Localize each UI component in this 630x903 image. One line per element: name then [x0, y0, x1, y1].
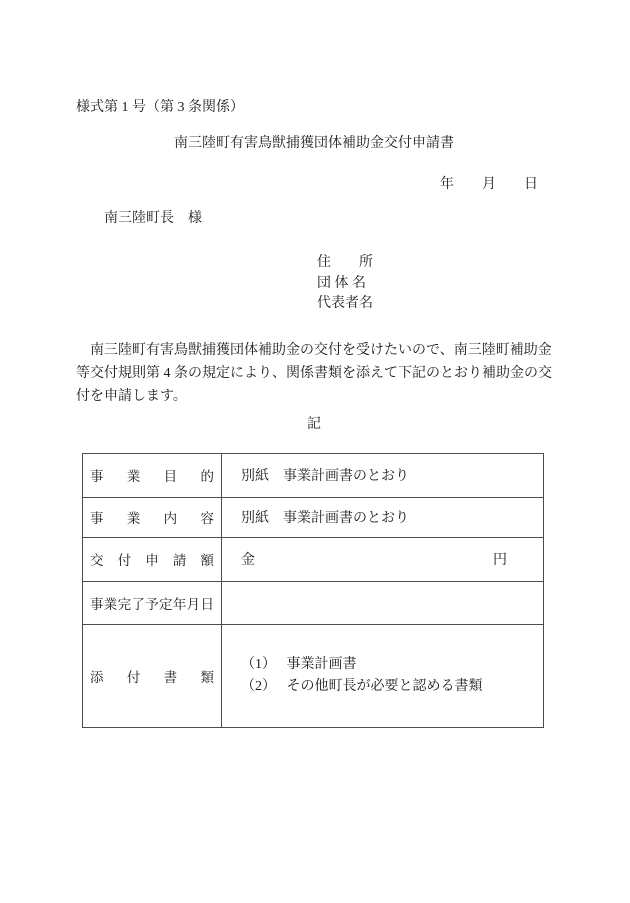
row-value-empty [222, 581, 544, 624]
date-line: 年 月 日 [76, 175, 552, 195]
row-value: 別紙 事業計画書のとおり [222, 453, 544, 497]
row-label: 事業完了予定年月日 [83, 581, 222, 624]
row-label: 事業目的 [83, 453, 222, 497]
attachments-cell: （1） 事業計画書 （2） その他町長が必要と認める書類 [222, 624, 544, 727]
amount-cell: 金 円 [222, 537, 544, 581]
row-label: 添付書類 [83, 624, 222, 727]
table-row-project-content: 事業内容 別紙 事業計画書のとおり [83, 497, 544, 537]
note-marker: 記 [76, 415, 552, 435]
applicant-address-label: 住 所 [317, 253, 552, 274]
body-line: 等交付規則第 4 条の規定により、関係書類を添えて下記のとおり補助金の交 [76, 362, 552, 385]
table-row-completion-date: 事業完了予定年月日 [83, 581, 544, 624]
attachment-item: （2） その他町長が必要と認める書類 [241, 676, 542, 698]
applicant-organization-label: 団 体 名 [317, 274, 552, 295]
application-table: 事業目的 別紙 事業計画書のとおり 事業内容 別紙 事業計画書のとおり 交付申請… [82, 453, 544, 728]
amount-prefix: 金 [241, 553, 255, 568]
body-paragraph: 南三陸町有害鳥獣捕獲団体補助金の交付を受けたいので、南三陸町補助金 等交付規則第… [76, 339, 552, 408]
form-number: 様式第 1 号（第 3 条関係） [76, 98, 552, 118]
table-row-attachments: 添付書類 （1） 事業計画書 （2） その他町長が必要と認める書類 [83, 624, 544, 727]
body-line: 付を申請します。 [76, 385, 552, 408]
row-value: 別紙 事業計画書のとおり [222, 497, 544, 537]
document-page: 様式第 1 号（第 3 条関係） 南三陸町有害鳥獣捕獲団体補助金交付申請書 年 … [0, 0, 630, 903]
table-row-project-purpose: 事業目的 別紙 事業計画書のとおり [83, 453, 544, 497]
row-label: 交付申請額 [83, 537, 222, 581]
applicant-block: 住 所 団 体 名 代表者名 [317, 253, 552, 315]
row-label: 事業内容 [83, 497, 222, 537]
attachment-list: （1） 事業計画書 （2） その他町長が必要と認める書類 [241, 654, 542, 698]
applicant-representative-label: 代表者名 [317, 294, 552, 315]
addressee-line: 南三陸町長 様 [76, 209, 552, 229]
body-line: 南三陸町有害鳥獣捕獲団体補助金の交付を受けたいので、南三陸町補助金 [76, 339, 552, 362]
page-title: 南三陸町有害鳥獣捕獲団体補助金交付申請書 [76, 134, 552, 154]
attachment-item: （1） 事業計画書 [241, 654, 542, 676]
amount-suffix: 円 [493, 549, 507, 569]
table-row-requested-amount: 交付申請額 金 円 [83, 537, 544, 581]
